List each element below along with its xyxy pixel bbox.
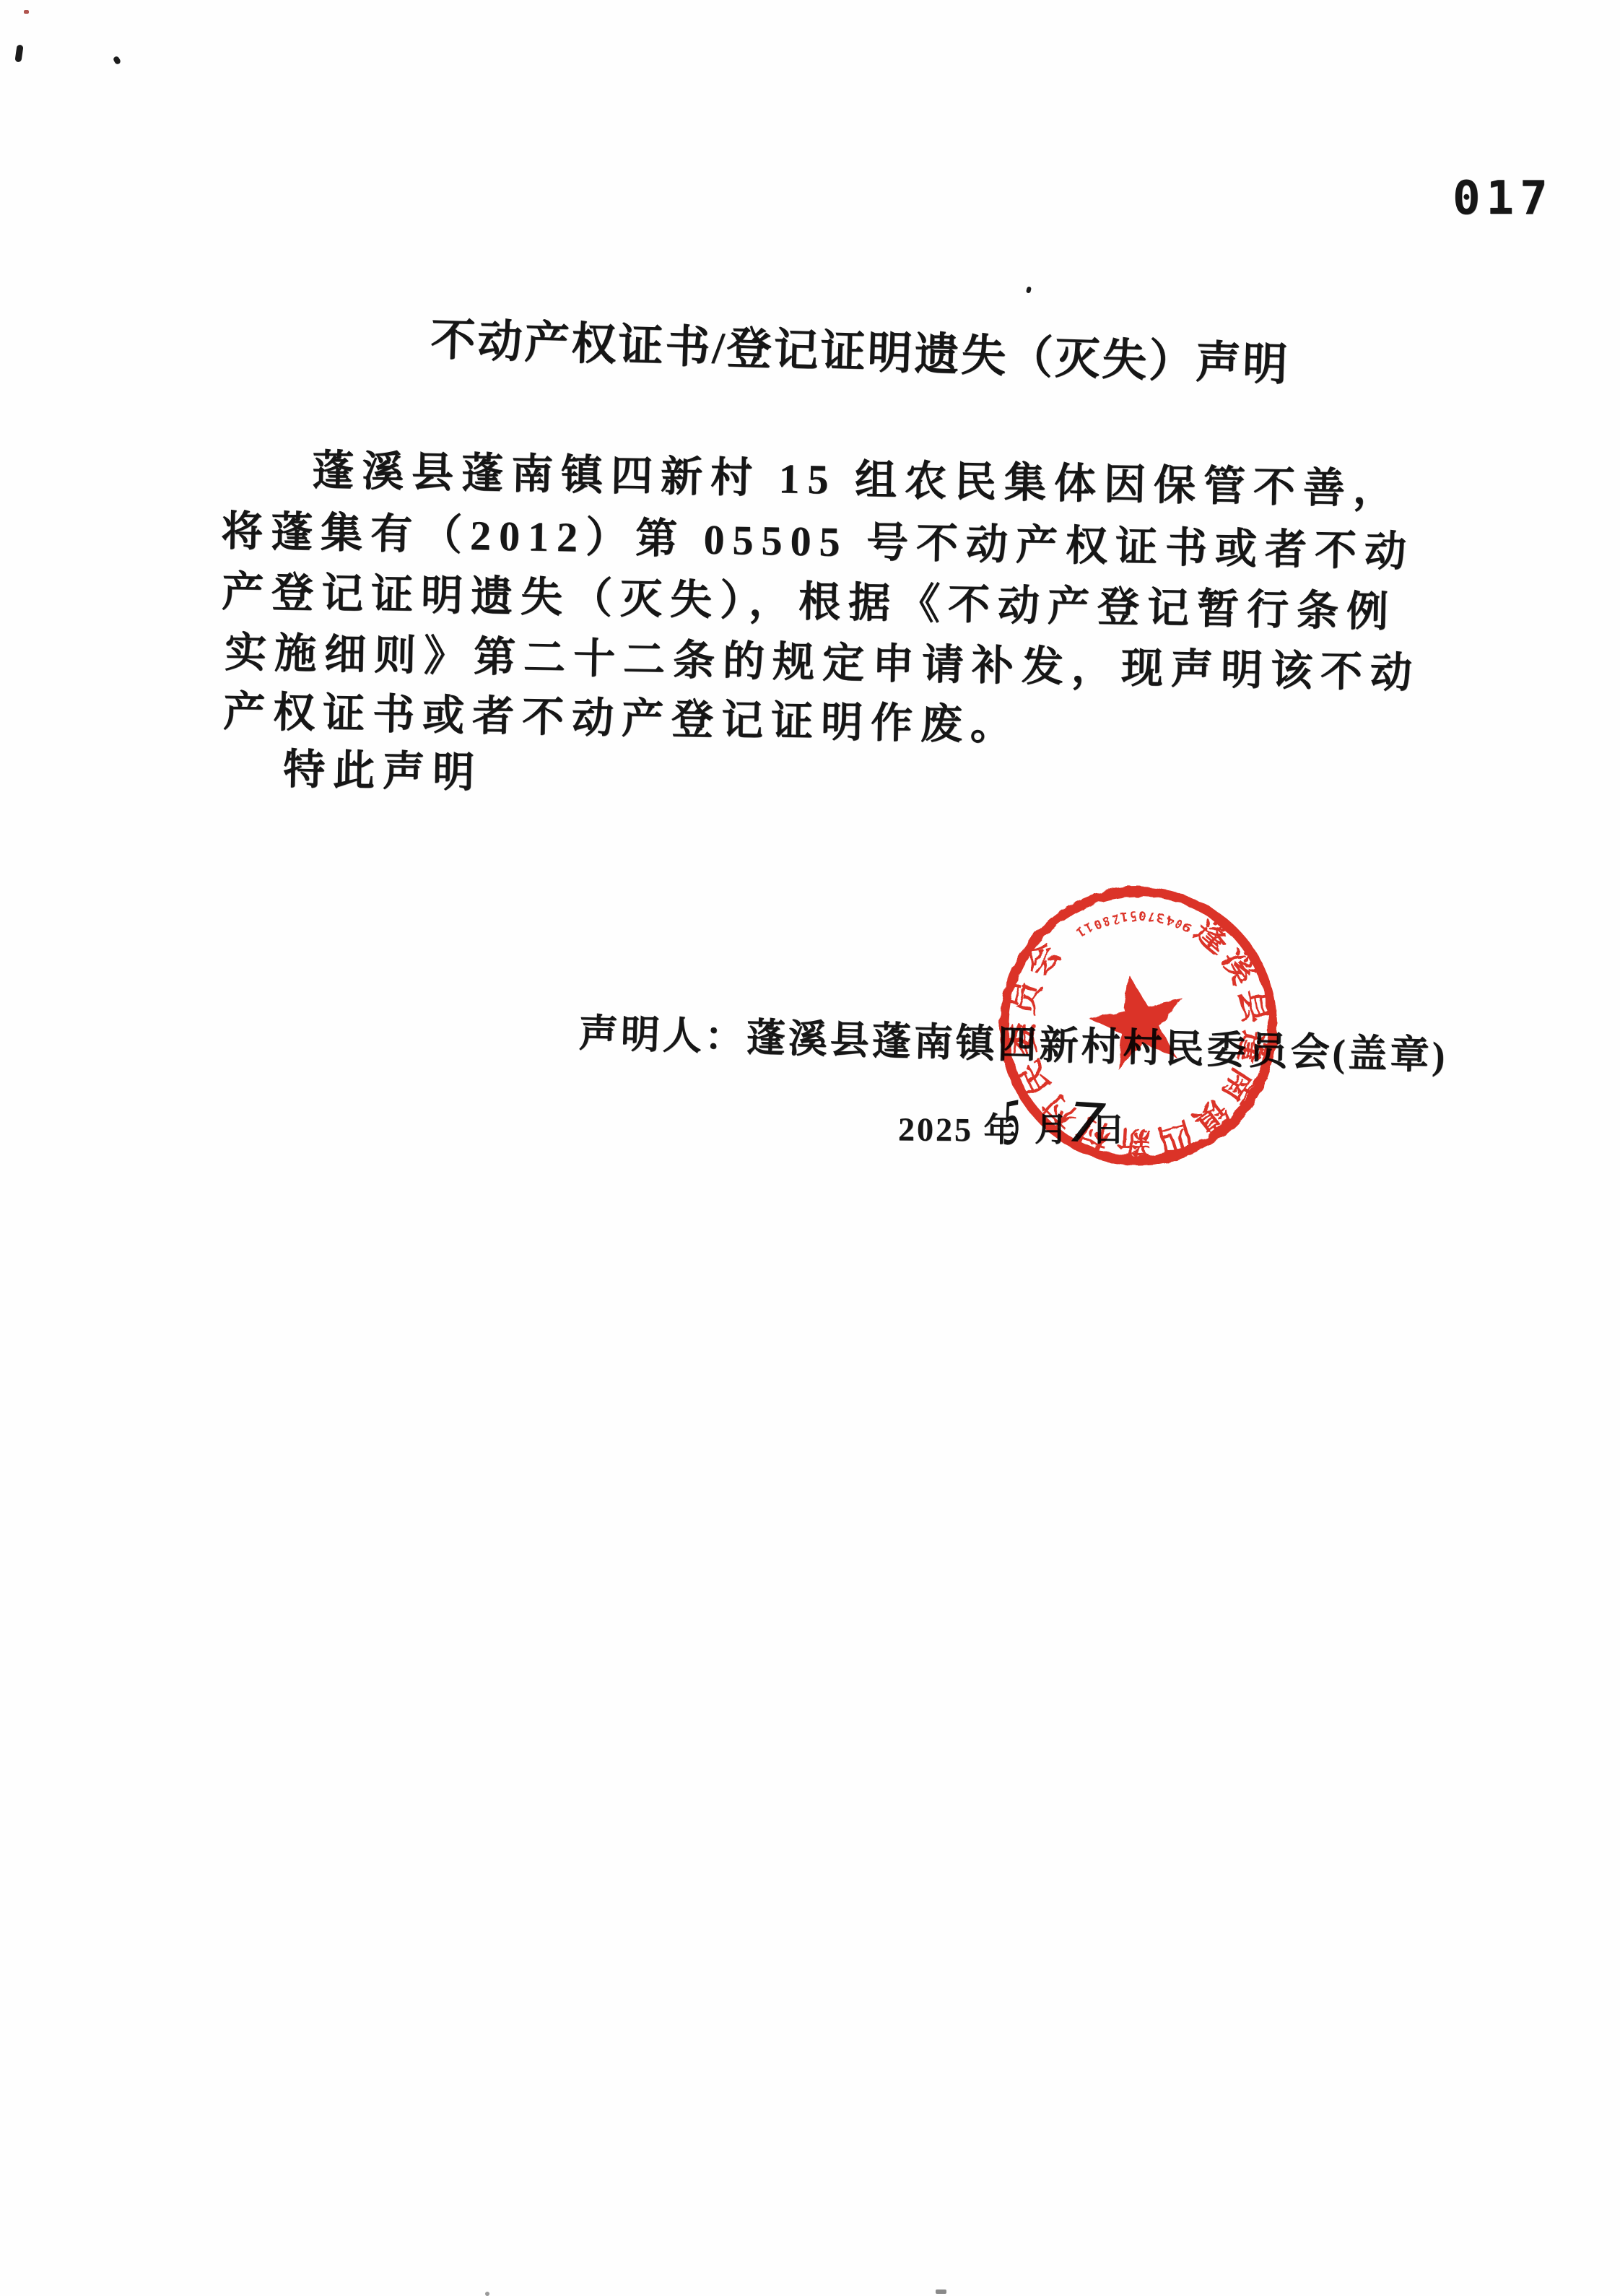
scan-artifact bbox=[113, 56, 121, 66]
scan-artifact bbox=[936, 2290, 946, 2294]
scanned-document-page: 017 不动产权证书/登记证明遗失（灭失）声明 蓬溪县蓬南镇四新村 15 组农民… bbox=[0, 0, 1620, 2296]
official-seal: 蓬溪县蓬南镇四新村村民委员会 9043705128011 bbox=[965, 853, 1312, 1199]
scan-artifact bbox=[485, 2292, 489, 2296]
seal-code-text: 9043705128011 bbox=[1071, 903, 1195, 945]
seal-star-icon bbox=[1081, 965, 1195, 1074]
scan-artifact bbox=[24, 10, 29, 14]
scan-artifact bbox=[1026, 286, 1032, 293]
scan-artifact bbox=[14, 44, 23, 62]
body-closing-line: 特此声明 bbox=[283, 735, 483, 799]
svg-text:9043705128011: 9043705128011 bbox=[1071, 903, 1195, 945]
document-title: 不动产权证书/登记证明遗失（灭失）声明 bbox=[430, 303, 1290, 393]
page-number: 017 bbox=[1453, 172, 1554, 225]
